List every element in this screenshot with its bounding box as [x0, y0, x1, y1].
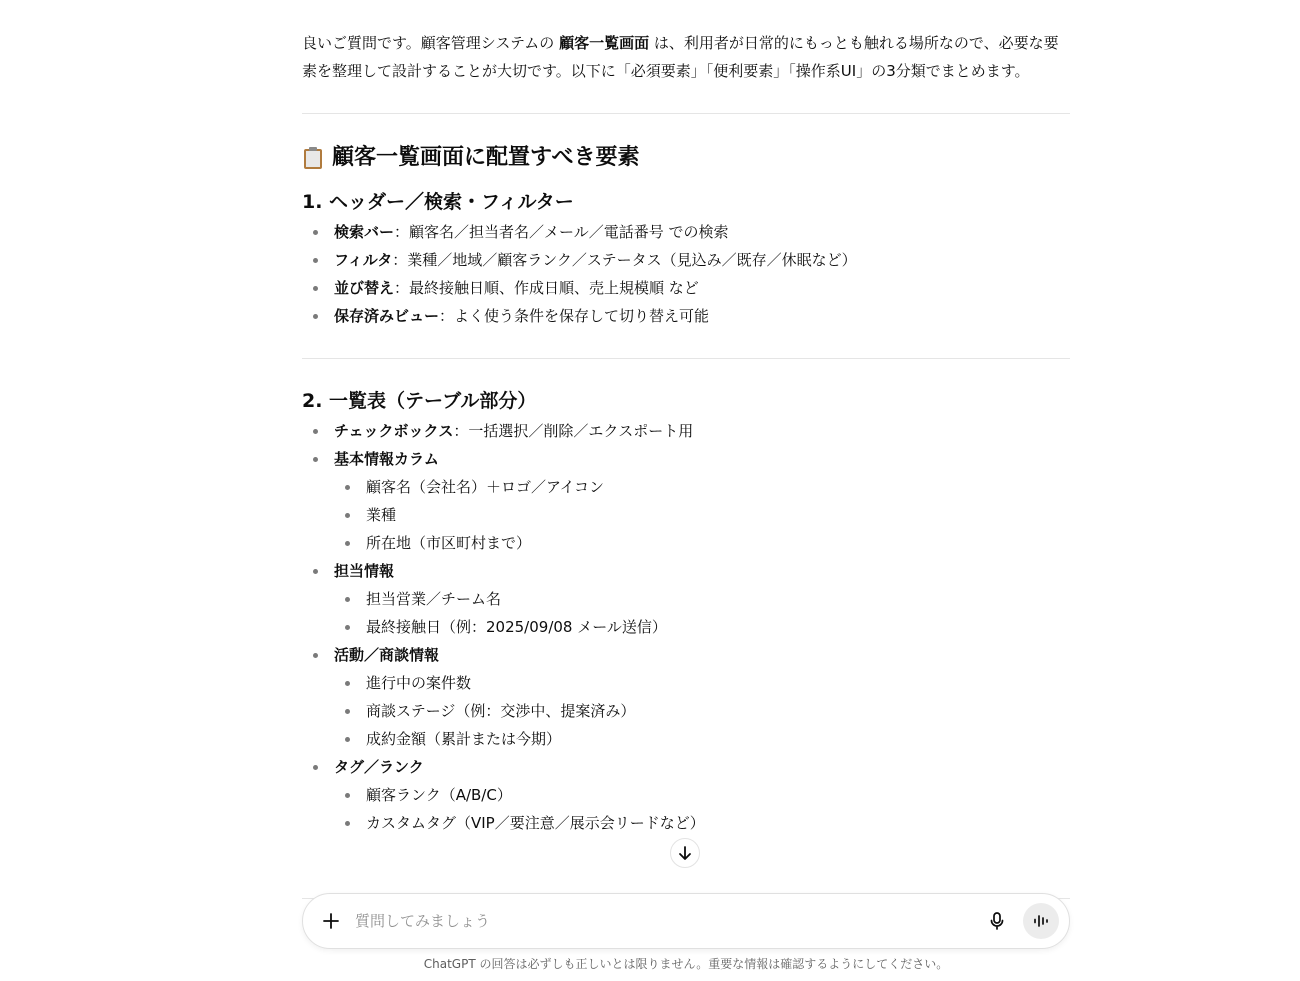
section-title: 顧客一覧画面に配置すべき要素: [302, 142, 1070, 174]
sublist-item: 所在地（市区町村まで）: [334, 529, 1070, 557]
sublist-item: 顧客名（会社名）＋ロゴ／アイコン: [334, 473, 1070, 501]
assistant-message: 良いご質問です。顧客管理システムの 顧客一覧画面 は、利用者が日常的にもっとも触…: [302, 29, 1070, 837]
voice-mode-button[interactable]: [1023, 903, 1059, 939]
list-item: 保存済みビュー：よく使う条件を保存して切り替え可能: [302, 302, 1070, 330]
sublist-item: 商談ステージ（例：交渉中、提案済み）: [334, 697, 1070, 725]
sublist-item: カスタムタグ（VIP／要注意／展示会リードなど）: [334, 809, 1070, 837]
chat-input[interactable]: [355, 912, 981, 930]
intro-bold-term: 顧客一覧画面: [559, 34, 649, 52]
sublist-item: 業種: [334, 501, 1070, 529]
sublist-item: 進行中の案件数: [334, 669, 1070, 697]
clipboard-icon: [302, 146, 324, 170]
list-item: チェックボックス：一括選択／削除／エクスポート用: [302, 417, 1070, 445]
sublist-item: 成約金額（累計または今期）: [334, 725, 1070, 753]
section1-heading: 1. ヘッダー／検索・フィルター: [302, 188, 1070, 216]
list-item: フィルタ：業種／地域／顧客ランク／ステータス（見込み／既存／休眠など）: [302, 246, 1070, 274]
sublist-item: 顧客ランク（A/B/C）: [334, 781, 1070, 809]
list-item: タグ／ランク 顧客ランク（A/B/C） カスタムタグ（VIP／要注意／展示会リー…: [302, 753, 1070, 837]
disclaimer-text: ChatGPT の回答は必ずしも正しいとは限りません。重要な情報は確認するように…: [302, 955, 1070, 973]
sublist: 進行中の案件数 商談ステージ（例：交渉中、提案済み） 成約金額（累計または今期）: [334, 669, 1070, 753]
list-item: 担当情報 担当営業／チーム名 最終接触日（例：2025/09/08 メール送信）: [302, 557, 1070, 641]
section2-heading: 2. 一覧表（テーブル部分）: [302, 387, 1070, 415]
voice-mode-icon: [1032, 912, 1050, 930]
sublist-item: 最終接触日（例：2025/09/08 メール送信）: [334, 613, 1070, 641]
plus-icon: [322, 912, 340, 930]
section1-list: 検索バー：顧客名／担当者名／メール／電話番号 での検索 フィルタ：業種／地域／顧…: [302, 218, 1070, 330]
list-item: 基本情報カラム 顧客名（会社名）＋ロゴ／アイコン 業種 所在地（市区町村まで）: [302, 445, 1070, 557]
add-attachment-button[interactable]: [317, 907, 345, 935]
microphone-icon: [988, 911, 1006, 931]
list-item: 検索バー：顧客名／担当者名／メール／電話番号 での検索: [302, 218, 1070, 246]
sublist: 顧客ランク（A/B/C） カスタムタグ（VIP／要注意／展示会リードなど）: [334, 781, 1070, 837]
list-item: 活動／商談情報 進行中の案件数 商談ステージ（例：交渉中、提案済み） 成約金額（…: [302, 641, 1070, 753]
chat-composer: [302, 893, 1070, 949]
dictate-button[interactable]: [981, 905, 1013, 937]
scroll-to-bottom-button[interactable]: [670, 838, 700, 868]
intro-paragraph: 良いご質問です。顧客管理システムの 顧客一覧画面 は、利用者が日常的にもっとも触…: [302, 29, 1070, 85]
sublist: 顧客名（会社名）＋ロゴ／アイコン 業種 所在地（市区町村まで）: [334, 473, 1070, 557]
arrow-down-icon: [676, 844, 694, 862]
section2-list: チェックボックス：一括選択／削除／エクスポート用 基本情報カラム 顧客名（会社名…: [302, 417, 1070, 837]
sublist-item: 担当営業／チーム名: [334, 585, 1070, 613]
list-item: 並び替え：最終接触日順、作成日順、売上規模順 など: [302, 274, 1070, 302]
sublist: 担当営業／チーム名 最終接触日（例：2025/09/08 メール送信）: [334, 585, 1070, 641]
